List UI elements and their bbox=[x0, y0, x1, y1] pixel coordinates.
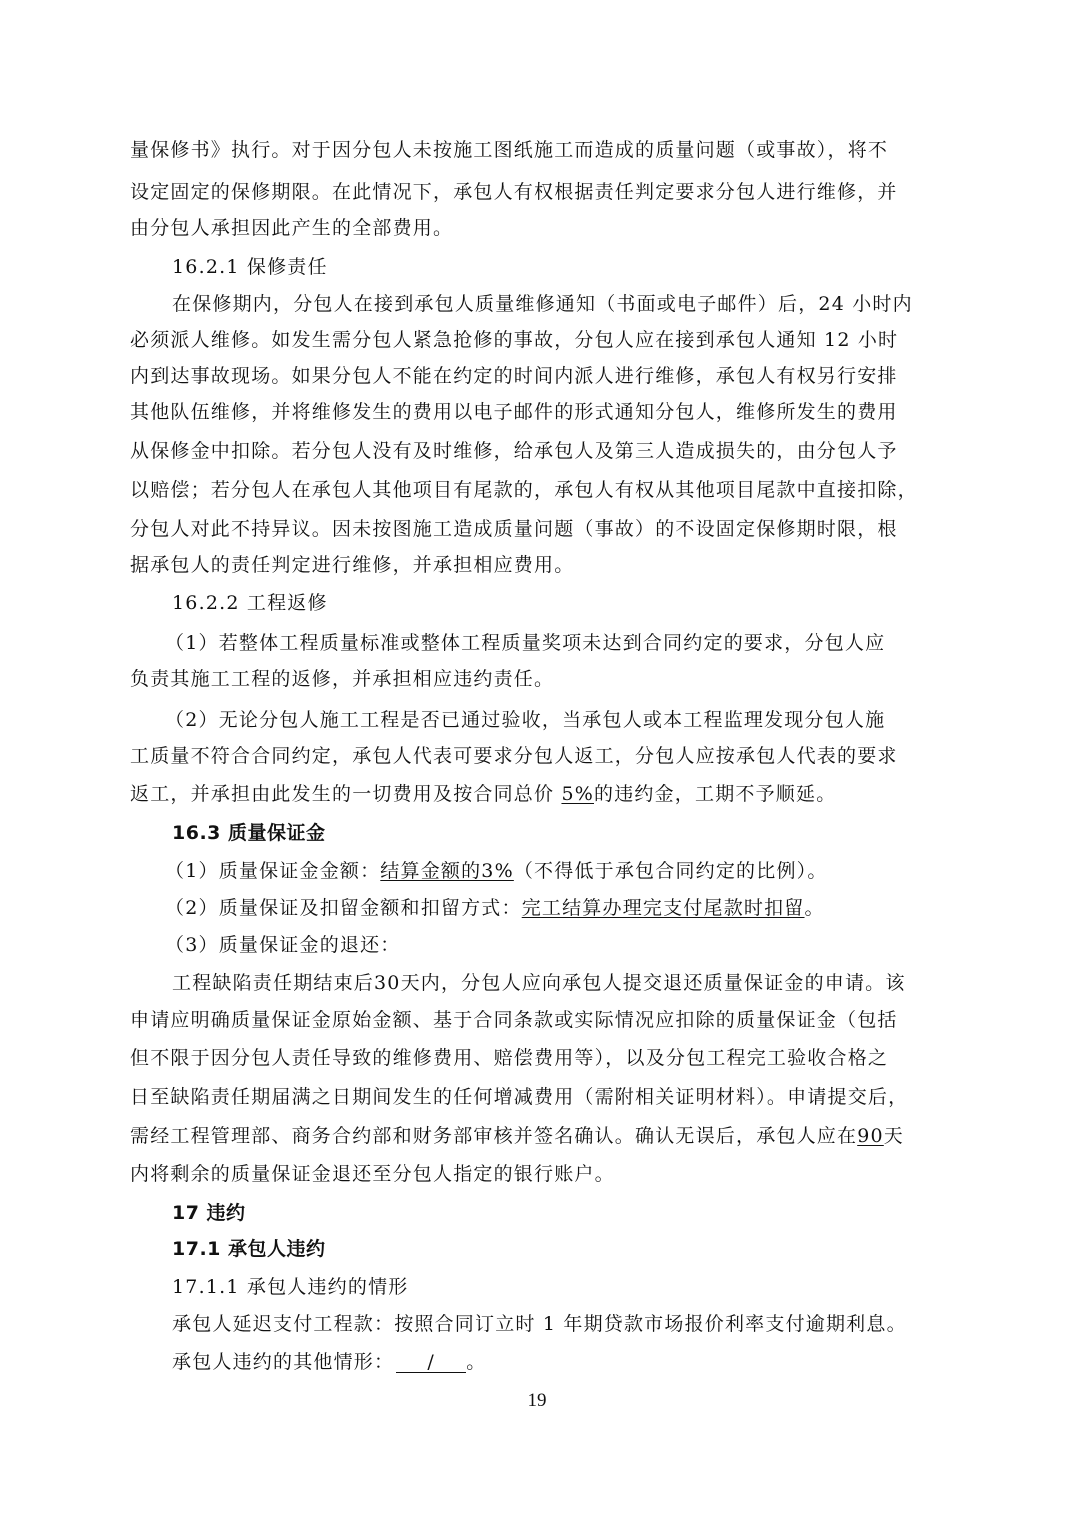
paragraph-line: （1）若整体工程质量标准或整体工程质量奖项未达到合同约定的要求，分包人应 bbox=[165, 631, 985, 655]
underlined-value: 90 bbox=[857, 1125, 884, 1147]
paragraph-line: 据承包人的责任判定进行维修，并承担相应费用。 bbox=[130, 553, 950, 577]
paragraph-line: 由分包人承担因此产生的全部费用。 bbox=[130, 216, 950, 240]
paragraph-line: （3）质量保证金的退还： bbox=[165, 933, 985, 957]
paragraph-line: 从保修金中扣除。若分包人没有及时维修，给承包人及第三人造成损失的，由分包人予 bbox=[130, 439, 950, 463]
paragraph-line: 返工，并承担由此发生的一切费用及按合同总价 5%的违约金，工期不予顺延。 bbox=[130, 782, 950, 806]
subsection-heading-16-2-1: 16.2.1 保修责任 bbox=[172, 255, 992, 279]
text-run: （1）质量保证金金额： bbox=[165, 860, 380, 882]
section-heading-17: 17 违约 bbox=[172, 1201, 992, 1225]
text-run: 的违约金，工期不予顺延。 bbox=[594, 783, 836, 805]
text-run: （不得低于承包合同约定的比例）。 bbox=[514, 860, 828, 882]
paragraph-line: （1）质量保证金金额：结算金额的3%（不得低于承包合同约定的比例）。 bbox=[165, 859, 985, 883]
section-heading-16-3: 16.3 质量保证金 bbox=[172, 821, 992, 845]
paragraph-line: 但不限于因分包人责任导致的维修费用、赔偿费用等），以及分包工程完工验收合格之 bbox=[130, 1046, 950, 1070]
paragraph-line: 以赔偿；若分包人在承包人其他项目有尾款的，承包人有权从其他项目尾款中直接扣除， bbox=[130, 478, 950, 502]
paragraph-line: 在保修期内，分包人在接到承包人质量维修通知（书面或电子邮件）后，24 小时内 bbox=[172, 292, 992, 316]
paragraph-line: 承包人延迟支付工程款：按照合同订立时 1 年期贷款市场报价利率支付逾期利息。 bbox=[172, 1312, 992, 1336]
text-run: 。 bbox=[466, 1351, 486, 1373]
paragraph-line: 申请应明确质量保证金原始金额、基于合同条款或实际情况应扣除的质量保证金（包括 bbox=[130, 1008, 950, 1032]
fill-in-blank: / bbox=[396, 1352, 466, 1373]
paragraph-line: （2）质量保证及扣留金额和扣留方式：完工结算办理完支付尾款时扣留。 bbox=[165, 896, 985, 920]
paragraph-line: 其他队伍维修，并将维修发生的费用以电子邮件的形式通知分包人，维修所发生的费用 bbox=[130, 400, 950, 424]
underlined-value: 完工结算办理完支付尾款时扣留 bbox=[522, 897, 805, 919]
subsection-heading-16-2-2: 16.2.2 工程返修 bbox=[172, 591, 992, 615]
paragraph-line: 日至缺陷责任期届满之日期间发生的任何增减费用（需附相关证明材料）。申请提交后， bbox=[130, 1085, 950, 1109]
paragraph-line: 量保修书》执行。对于因分包人未按施工图纸施工而造成的质量问题（或事故），将不 bbox=[130, 138, 950, 162]
paragraph-line: 需经工程管理部、商务合约部和财务部审核并签名确认。确认无误后，承包人应在90天 bbox=[130, 1124, 950, 1148]
underlined-value: 结算金额的3% bbox=[380, 860, 514, 882]
paragraph-line: （2）无论分包人施工工程是否已通过验收，当承包人或本工程监理发现分包人施 bbox=[165, 708, 985, 732]
text-run: 天 bbox=[884, 1125, 904, 1147]
paragraph-line: 内将剩余的质量保证金退还至分包人指定的银行账户。 bbox=[130, 1162, 950, 1186]
paragraph-line: 工质量不符合合同约定，承包人代表可要求分包人返工，分包人应按承包人代表的要求 bbox=[130, 744, 950, 768]
paragraph-line: 内到达事故现场。如果分包人不能在约定的时间内派人进行维修，承包人有权另行安排 bbox=[130, 364, 950, 388]
text-run: 返工，并承担由此发生的一切费用及按合同总价 bbox=[130, 783, 561, 805]
paragraph-line: 必须派人维修。如发生需分包人紧急抢修的事故，分包人应在接到承包人通知 12 小时 bbox=[130, 328, 950, 352]
text-run: 承包人违约的其他情形： bbox=[172, 1351, 394, 1373]
paragraph-line: 分包人对此不持异议。因未按图施工造成质量问题（事故）的不设固定保修期时限，根 bbox=[130, 517, 950, 541]
subsection-heading-17-1-1: 17.1.1 承包人违约的情形 bbox=[172, 1275, 992, 1299]
document-page: 量保修书》执行。对于因分包人未按施工图纸施工而造成的质量问题（或事故），将不 设… bbox=[0, 0, 1074, 1520]
text-run: 需经工程管理部、商务合约部和财务部审核并签名确认。确认无误后，承包人应在 bbox=[130, 1125, 857, 1147]
paragraph-line: 工程缺陷责任期结束后30天内，分包人应向承包人提交退还质量保证金的申请。该 bbox=[172, 971, 992, 995]
text-run: 。 bbox=[805, 897, 825, 919]
paragraph-line: 承包人违约的其他情形：/。 bbox=[172, 1350, 992, 1374]
paragraph-line: 设定固定的保修期限。在此情况下，承包人有权根据责任判定要求分包人进行维修，并 bbox=[130, 180, 950, 204]
page-number: 19 bbox=[0, 1390, 1074, 1412]
paragraph-line: 负责其施工工程的返修，并承担相应违约责任。 bbox=[130, 667, 950, 691]
underlined-value: 5% bbox=[561, 783, 594, 805]
section-heading-17-1: 17.1 承包人违约 bbox=[172, 1237, 992, 1261]
text-run: （2）质量保证及扣留金额和扣留方式： bbox=[165, 897, 522, 919]
